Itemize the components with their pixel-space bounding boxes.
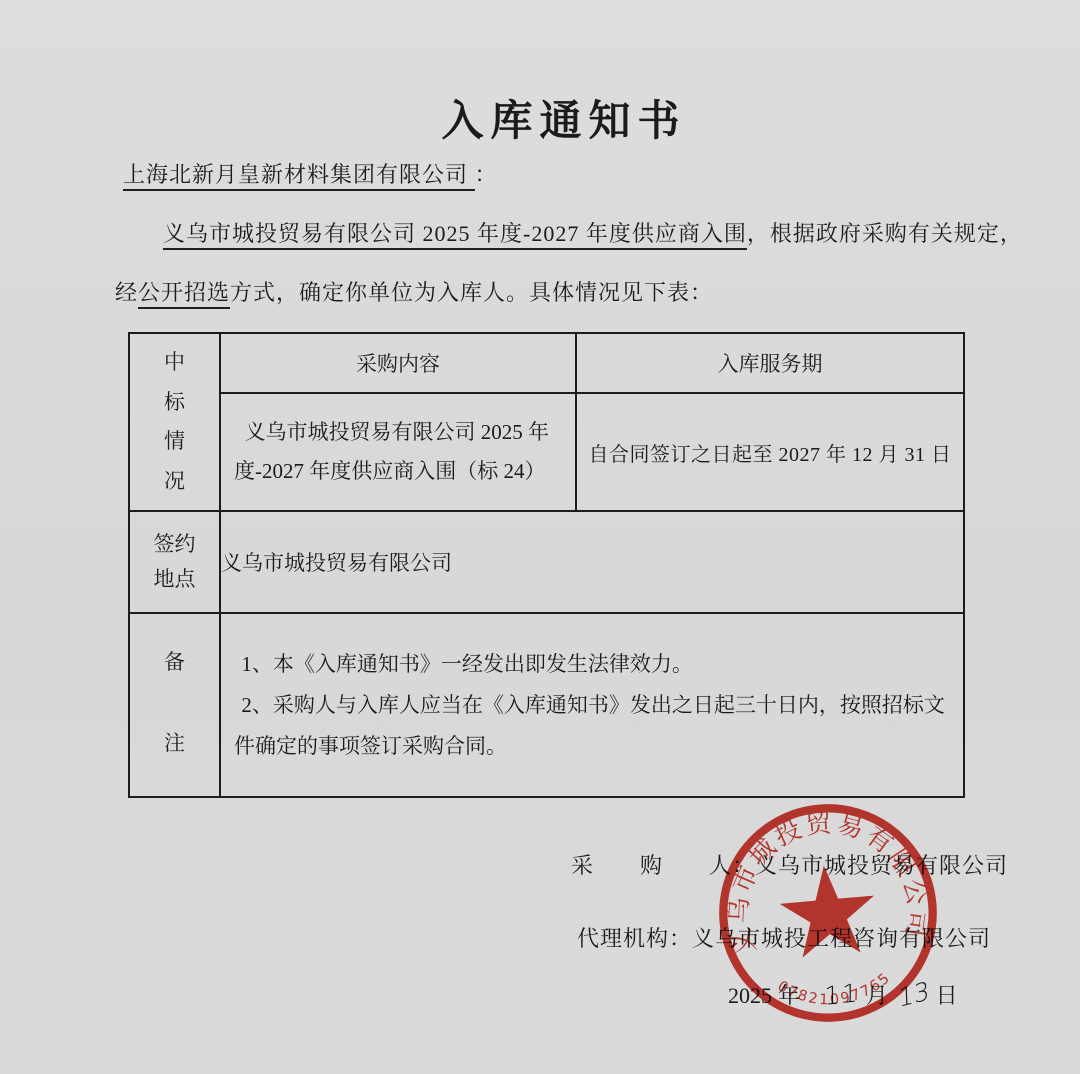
- selection-method-underlined: 公开招选: [138, 280, 230, 309]
- page-title: 入库通知书: [24, 88, 1080, 148]
- procurement-content-text: 义乌市城投贸易有限公司 2025 年度-2027 年度供应商入围（标 24）: [221, 407, 575, 497]
- bid-status-label-cell: 中 标 情 况: [129, 333, 220, 511]
- procurement-content-cell: 义乌市城投贸易有限公司 2025 年度-2027 年度供应商入围（标 24）: [220, 393, 576, 511]
- remarks-label-cell: 备 注: [129, 613, 220, 797]
- paragraph-line2-prefix: 经: [115, 280, 138, 305]
- remarks-item: 1、本《入库通知书》一经发出即发生法律效力。: [234, 644, 949, 685]
- remarks-content: 1、本《入库通知书》一经发出即发生法律效力。 2、采购人与入库人应当在《入库通知…: [221, 634, 963, 777]
- paragraph-line2-rest: 方式，确定你单位为入库人。具体情况见下表：: [230, 280, 713, 305]
- body-paragraph-line-2: 经公开招选方式，确定你单位为入库人。具体情况见下表：: [115, 276, 713, 307]
- sign-location-label: 签约 地点: [130, 512, 219, 612]
- addressee-name: 上海北新月皇新材料集团有限公司: [123, 162, 475, 191]
- project-name-underlined: 义乌市城投贸易有限公司 2025 年度-2027 年度供应商入围: [163, 221, 747, 250]
- header-service-period: 入库服务期: [576, 333, 964, 393]
- remarks-item: 2、采购人与入库人应当在《入库通知书》发出之日起三十日内，按照招标文件确定的事项…: [234, 685, 949, 767]
- service-period-cell: 自合同签订之日起至 2027 年 12 月 31 日: [576, 393, 964, 511]
- remarks-label: 备 注: [130, 614, 219, 796]
- remarks-content-cell: 1、本《入库通知书》一经发出即发生法律效力。 2、采购人与入库人应当在《入库通知…: [220, 613, 964, 797]
- bid-status-label: 中 标 情 况: [130, 334, 219, 510]
- body-paragraph-line-1: 义乌市城投贸易有限公司 2025 年度-2027 年度供应商入围，根据政府采购有…: [163, 217, 1023, 248]
- agency-label: 代理机构：: [577, 926, 692, 951]
- seal-star: [777, 861, 879, 959]
- addressee-colon: ：: [475, 162, 498, 187]
- header-procurement-content: 采购内容: [220, 333, 576, 393]
- sign-location-label-cell: 签约 地点: [129, 511, 220, 613]
- sign-location-value: 义乌市城投贸易有限公司: [220, 511, 964, 613]
- company-seal: 义乌市城投贸易有限公司 07821097765: [704, 789, 951, 1036]
- paragraph-line1-rest: ，根据政府采购有关规定，: [747, 221, 1023, 246]
- notice-document-page: 入库通知书 上海北新月皇新材料集团有限公司 ： 义乌市城投贸易有限公司 2025…: [0, 0, 1080, 1074]
- addressee-line: 上海北新月皇新材料集团有限公司 ：: [123, 158, 498, 189]
- award-info-table: 中 标 情 况 采购内容 入库服务期 义乌市城投贸易有限公司 2025 年度-2…: [128, 332, 965, 798]
